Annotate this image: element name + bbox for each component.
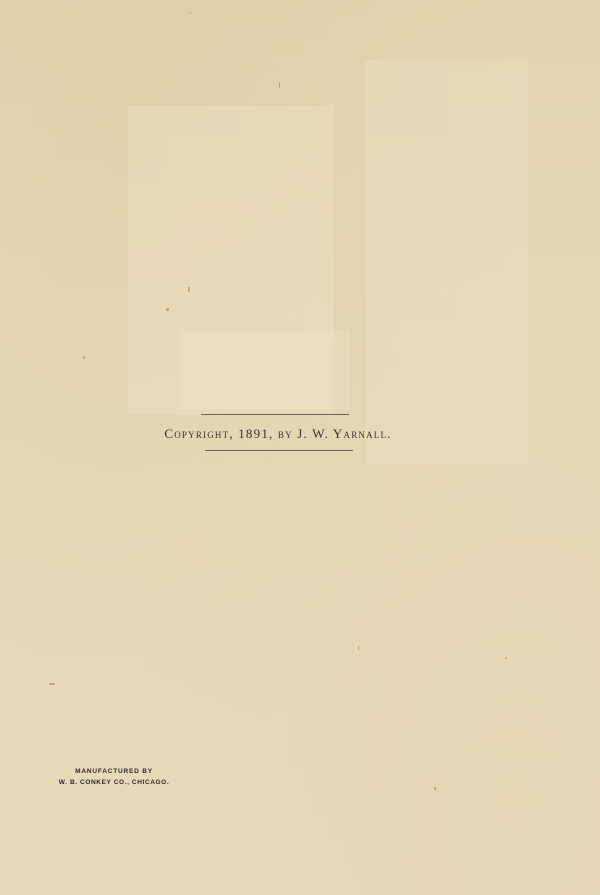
copyright-notice: Copyright, 1891, by J. W. Yarnall. bbox=[0, 426, 556, 442]
paper-speck bbox=[358, 646, 359, 650]
paper-patch bbox=[180, 330, 350, 410]
paper-patch bbox=[366, 60, 528, 465]
top-rule bbox=[201, 414, 349, 415]
paper-speck bbox=[190, 12, 191, 14]
copyright-text: Copyright, 1891, by J. W. Yarnall. bbox=[164, 426, 391, 442]
scanned-page: Copyright, 1891, by J. W. Yarnall. MANUF… bbox=[0, 0, 600, 895]
paper-speck bbox=[188, 287, 190, 292]
paper-speck bbox=[279, 82, 280, 88]
imprint-line-2: W. B. CONKEY CO., CHICAGO. bbox=[48, 779, 180, 786]
bottom-rule bbox=[205, 450, 353, 451]
paper-speck bbox=[166, 308, 169, 311]
imprint-line-1: MANUFACTURED BY bbox=[48, 768, 180, 775]
paper-speck bbox=[49, 683, 55, 685]
paper-speck bbox=[434, 787, 436, 790]
paper-speck bbox=[83, 356, 85, 359]
paper-speck bbox=[505, 657, 507, 659]
